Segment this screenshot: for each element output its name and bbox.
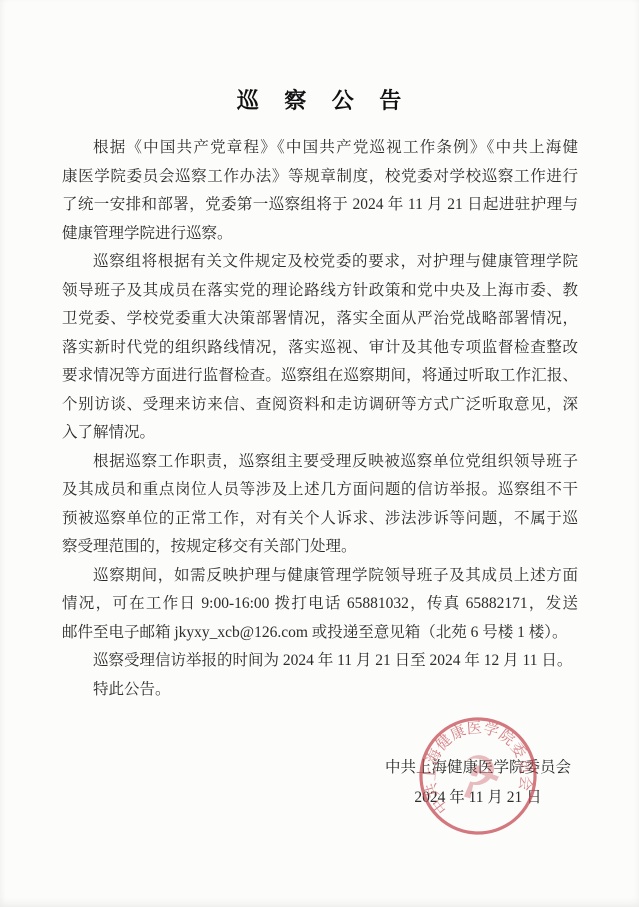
document-page: 巡 察 公 告 根据《中国共产党章程》《中国共产党巡视工作条例》《中共上海健 康… bbox=[0, 0, 639, 907]
text-line: 巡察组将根据有关文件规定及校党委的要求，对护理与健康管理学院 bbox=[62, 248, 578, 277]
signature-block: 中共上海健康医学院委员会 2024 年 11 月 21 日 bbox=[385, 753, 571, 813]
document-body: 根据《中国共产党章程》《中国共产党巡视工作条例》《中共上海健 康医学院委员会巡察… bbox=[62, 134, 578, 704]
text-line: 入了解情况。 bbox=[62, 419, 578, 448]
text-line: 领导班子及其成员在落实党的理论路线方针政策和党中央及上海市委、教 bbox=[62, 277, 578, 306]
text-line: 特此公告。 bbox=[62, 676, 578, 705]
signature-organization: 中共上海健康医学院委员会 bbox=[385, 753, 571, 783]
text-line: 个别访谈、受理来访来信、查阅资料和走访调研等方式广泛听取意见，深 bbox=[62, 391, 578, 420]
text-line: 邮件至电子邮箱 jkyxy_xcb@126.com 或投递至意见箱（北苑 6 号… bbox=[62, 619, 578, 648]
text-line: 康医学院委员会巡察工作办法》等规章制度，校党委对学校巡察工作进行 bbox=[62, 163, 578, 192]
text-line: 根据《中国共产党章程》《中国共产党巡视工作条例》《中共上海健 bbox=[62, 134, 578, 163]
text-line: 根据巡察工作职责，巡察组主要受理反映被巡察单位党组织领导班子 bbox=[62, 448, 578, 477]
text-line: 落实新时代党的组织路线情况，落实巡视、审计及其他专项监督检查整改 bbox=[62, 334, 578, 363]
text-line: 及其成员和重点岗位人员等涉及上述几方面问题的信访举报。巡察组不干 bbox=[62, 476, 578, 505]
document-title: 巡 察 公 告 bbox=[0, 84, 639, 115]
text-line: 巡察受理信访举报的时间为 2024 年 11 月 21 日至 2024 年 12… bbox=[62, 647, 578, 676]
text-line: 巡察期间，如需反映护理与健康管理学院领导班子及其成员上述方面 bbox=[62, 562, 578, 591]
text-line: 要求情况等方面进行监督检查。巡察组在巡察期间，将通过听取工作汇报、 bbox=[62, 362, 578, 391]
text-line: 健康管理学院进行巡察。 bbox=[62, 220, 578, 249]
text-line: 预被巡察单位的正常工作，对有关个人诉求、涉法涉诉等问题，不属于巡 bbox=[62, 505, 578, 534]
text-line: 情况，可在工作日 9:00-16:00 拨打电话 65881032，传真 658… bbox=[62, 590, 578, 619]
text-line: 卫党委、学校党委重大决策部署情况，落实全面从严治党战略部署情况， bbox=[62, 305, 578, 334]
text-line: 察受理范围的，按规定移交有关部门处理。 bbox=[62, 533, 578, 562]
signature-date: 2024 年 11 月 21 日 bbox=[385, 783, 571, 813]
text-line: 了统一安排和部署，党委第一巡察组将于 2024 年 11 月 21 日起进驻护理… bbox=[62, 191, 578, 220]
